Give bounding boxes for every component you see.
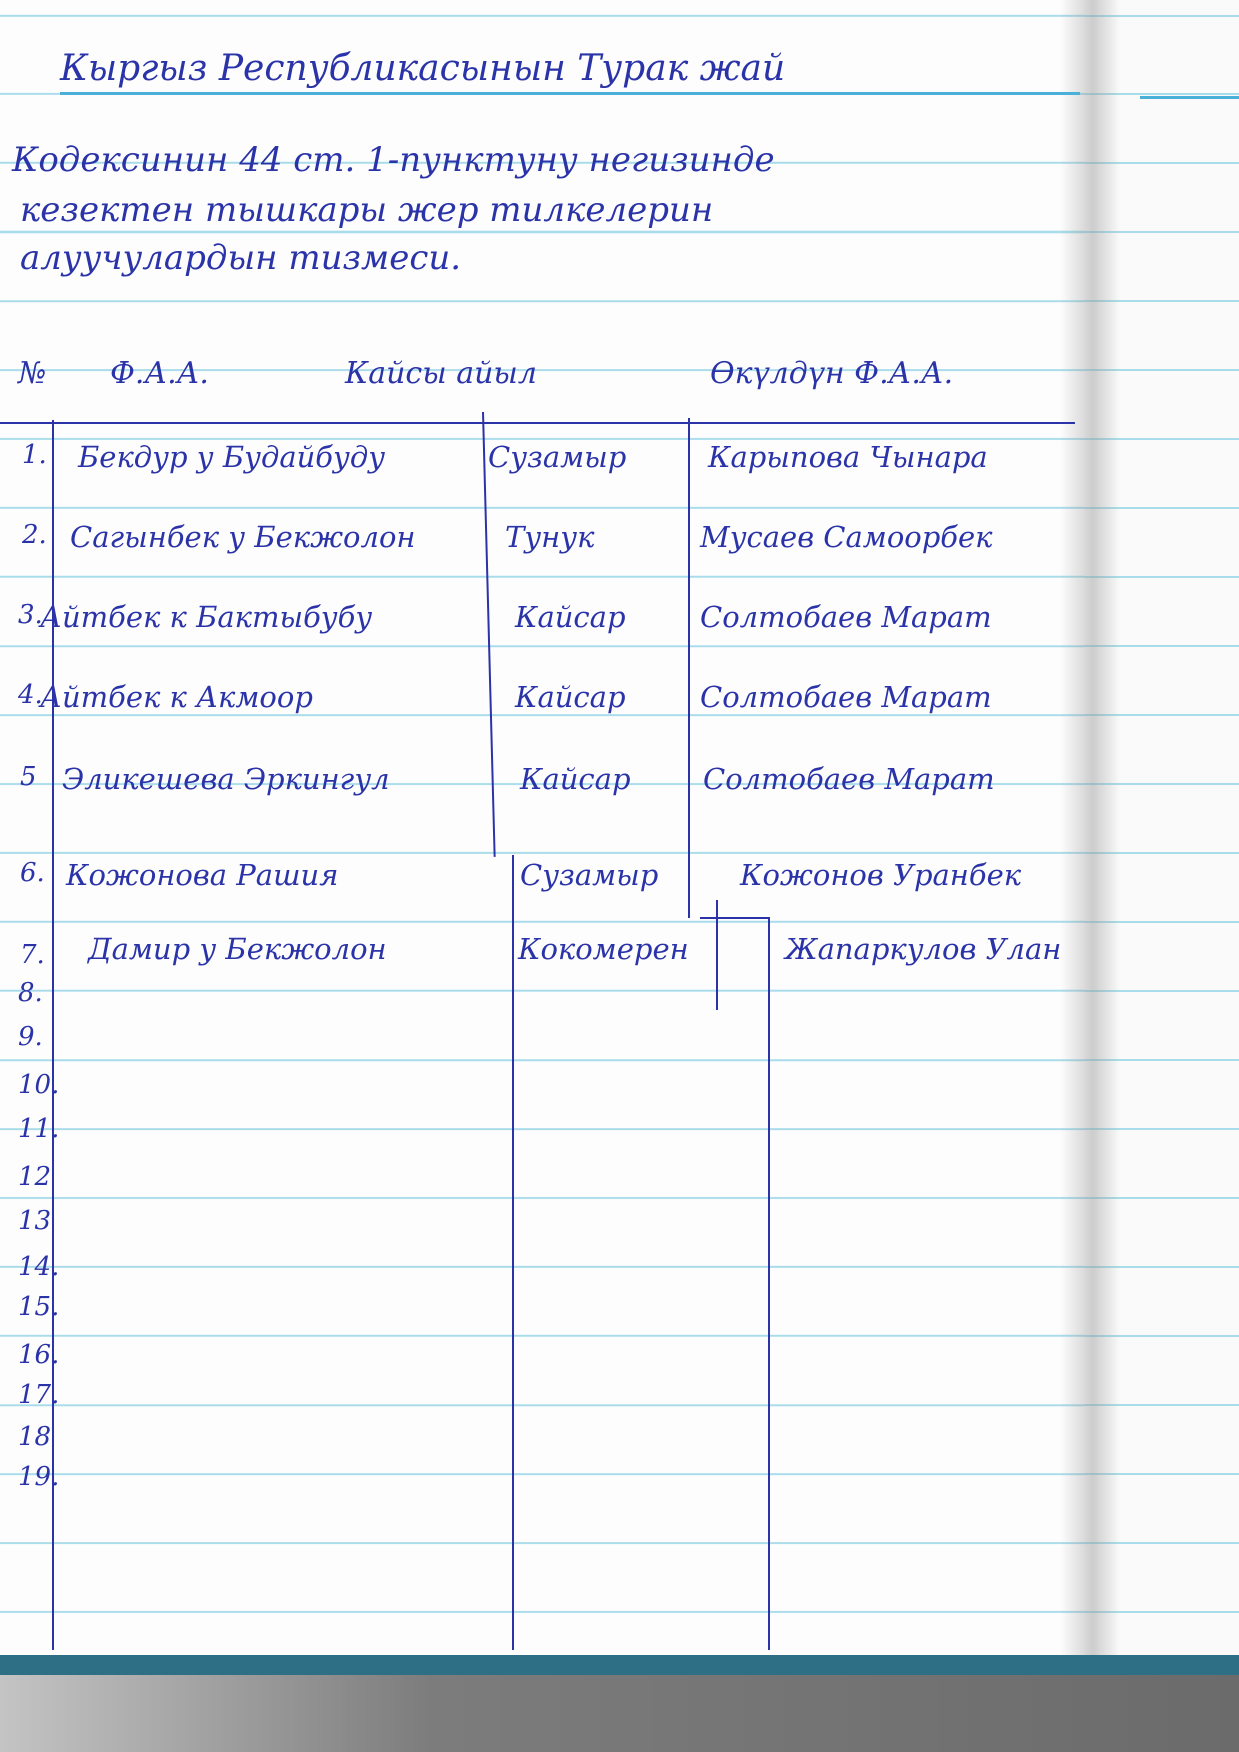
row-number: 11.	[18, 1114, 59, 1144]
row-village: Тунук	[505, 520, 594, 554]
document-title-line-4: алуучулардын тизмеси.	[20, 238, 461, 278]
row-village: Сузамыр	[520, 858, 658, 892]
title-rule	[60, 92, 1080, 95]
column-divider-3	[768, 917, 770, 1650]
header-representative: Өкүлдүн Ф.А.А.	[710, 356, 953, 391]
row-representative: Солтобаев Марат	[700, 680, 992, 714]
row-village: Кайсар	[515, 680, 626, 714]
page-gutter-shadow	[1060, 0, 1120, 1665]
row-number: 8.	[18, 978, 43, 1008]
header-village: Кайсы айыл	[345, 356, 537, 391]
row-representative: Карыпова Чынара	[708, 440, 988, 474]
scan-background	[0, 1675, 1239, 1752]
row-village: Кайсар	[520, 762, 631, 796]
column-divider-2-upper	[688, 418, 690, 918]
document-title-line-2: Кодексинин 44 ст. 1-пунктуну негизинде	[12, 140, 775, 180]
row-representative: Жапаркулов Улан	[785, 932, 1061, 966]
row-name: Дамир у Бекжолон	[88, 932, 387, 966]
row-representative: Кожонов Уранбек	[740, 858, 1021, 892]
row-number: 15.	[18, 1292, 59, 1322]
row-number: 18	[18, 1422, 51, 1452]
row-number: 16.	[18, 1340, 59, 1370]
row-number: 5	[20, 762, 37, 792]
row-number: 6.	[20, 858, 45, 888]
row-number: 1.	[22, 440, 47, 470]
document-title-line-3: кезектен тышкары жер тилкелерин	[20, 190, 713, 230]
row-representative: Мусаев Самоорбек	[700, 520, 993, 554]
table-top-rule	[0, 422, 1075, 424]
row-number: 9.	[18, 1022, 43, 1052]
row-number: 12	[18, 1162, 51, 1192]
row-name: Айтбек к Бактыбубу	[40, 600, 372, 634]
row-village: Кайсар	[515, 600, 626, 634]
header-number: №	[18, 356, 46, 391]
row-number: 17.	[18, 1380, 59, 1410]
column-divider-2-step	[700, 917, 770, 919]
row-number: 14.	[18, 1252, 59, 1282]
row-number: 13	[18, 1206, 51, 1236]
row-number: 19.	[18, 1462, 59, 1492]
title-rule-next-page	[1140, 96, 1239, 99]
document-title-line-1: Кыргыз Республикасынын Турак жай	[60, 48, 785, 89]
row-name: Эликешева Эркингул	[62, 762, 390, 796]
notebook-cover-edge	[0, 1655, 1239, 1675]
row-representative: Солтобаев Марат	[700, 600, 992, 634]
column-divider-1-lower	[512, 855, 514, 1650]
row-name: Бекдур у Будайбуду	[78, 440, 385, 474]
row-village: Кокомерен	[518, 932, 689, 966]
column-divider-2-tail	[716, 900, 718, 1010]
row-number: 2.	[22, 520, 47, 550]
row-name: Айтбек к Акмоор	[40, 680, 313, 714]
row-number: 7.	[20, 940, 45, 970]
row-name: Сагынбек у Бекжолон	[70, 520, 416, 554]
row-village: Сузамыр	[488, 440, 626, 474]
header-full-name: Ф.А.А.	[110, 356, 209, 391]
row-representative: Солтобаев Марат	[703, 762, 995, 796]
row-name: Кожонова Рашия	[66, 858, 338, 892]
row-number: 10.	[18, 1070, 59, 1100]
